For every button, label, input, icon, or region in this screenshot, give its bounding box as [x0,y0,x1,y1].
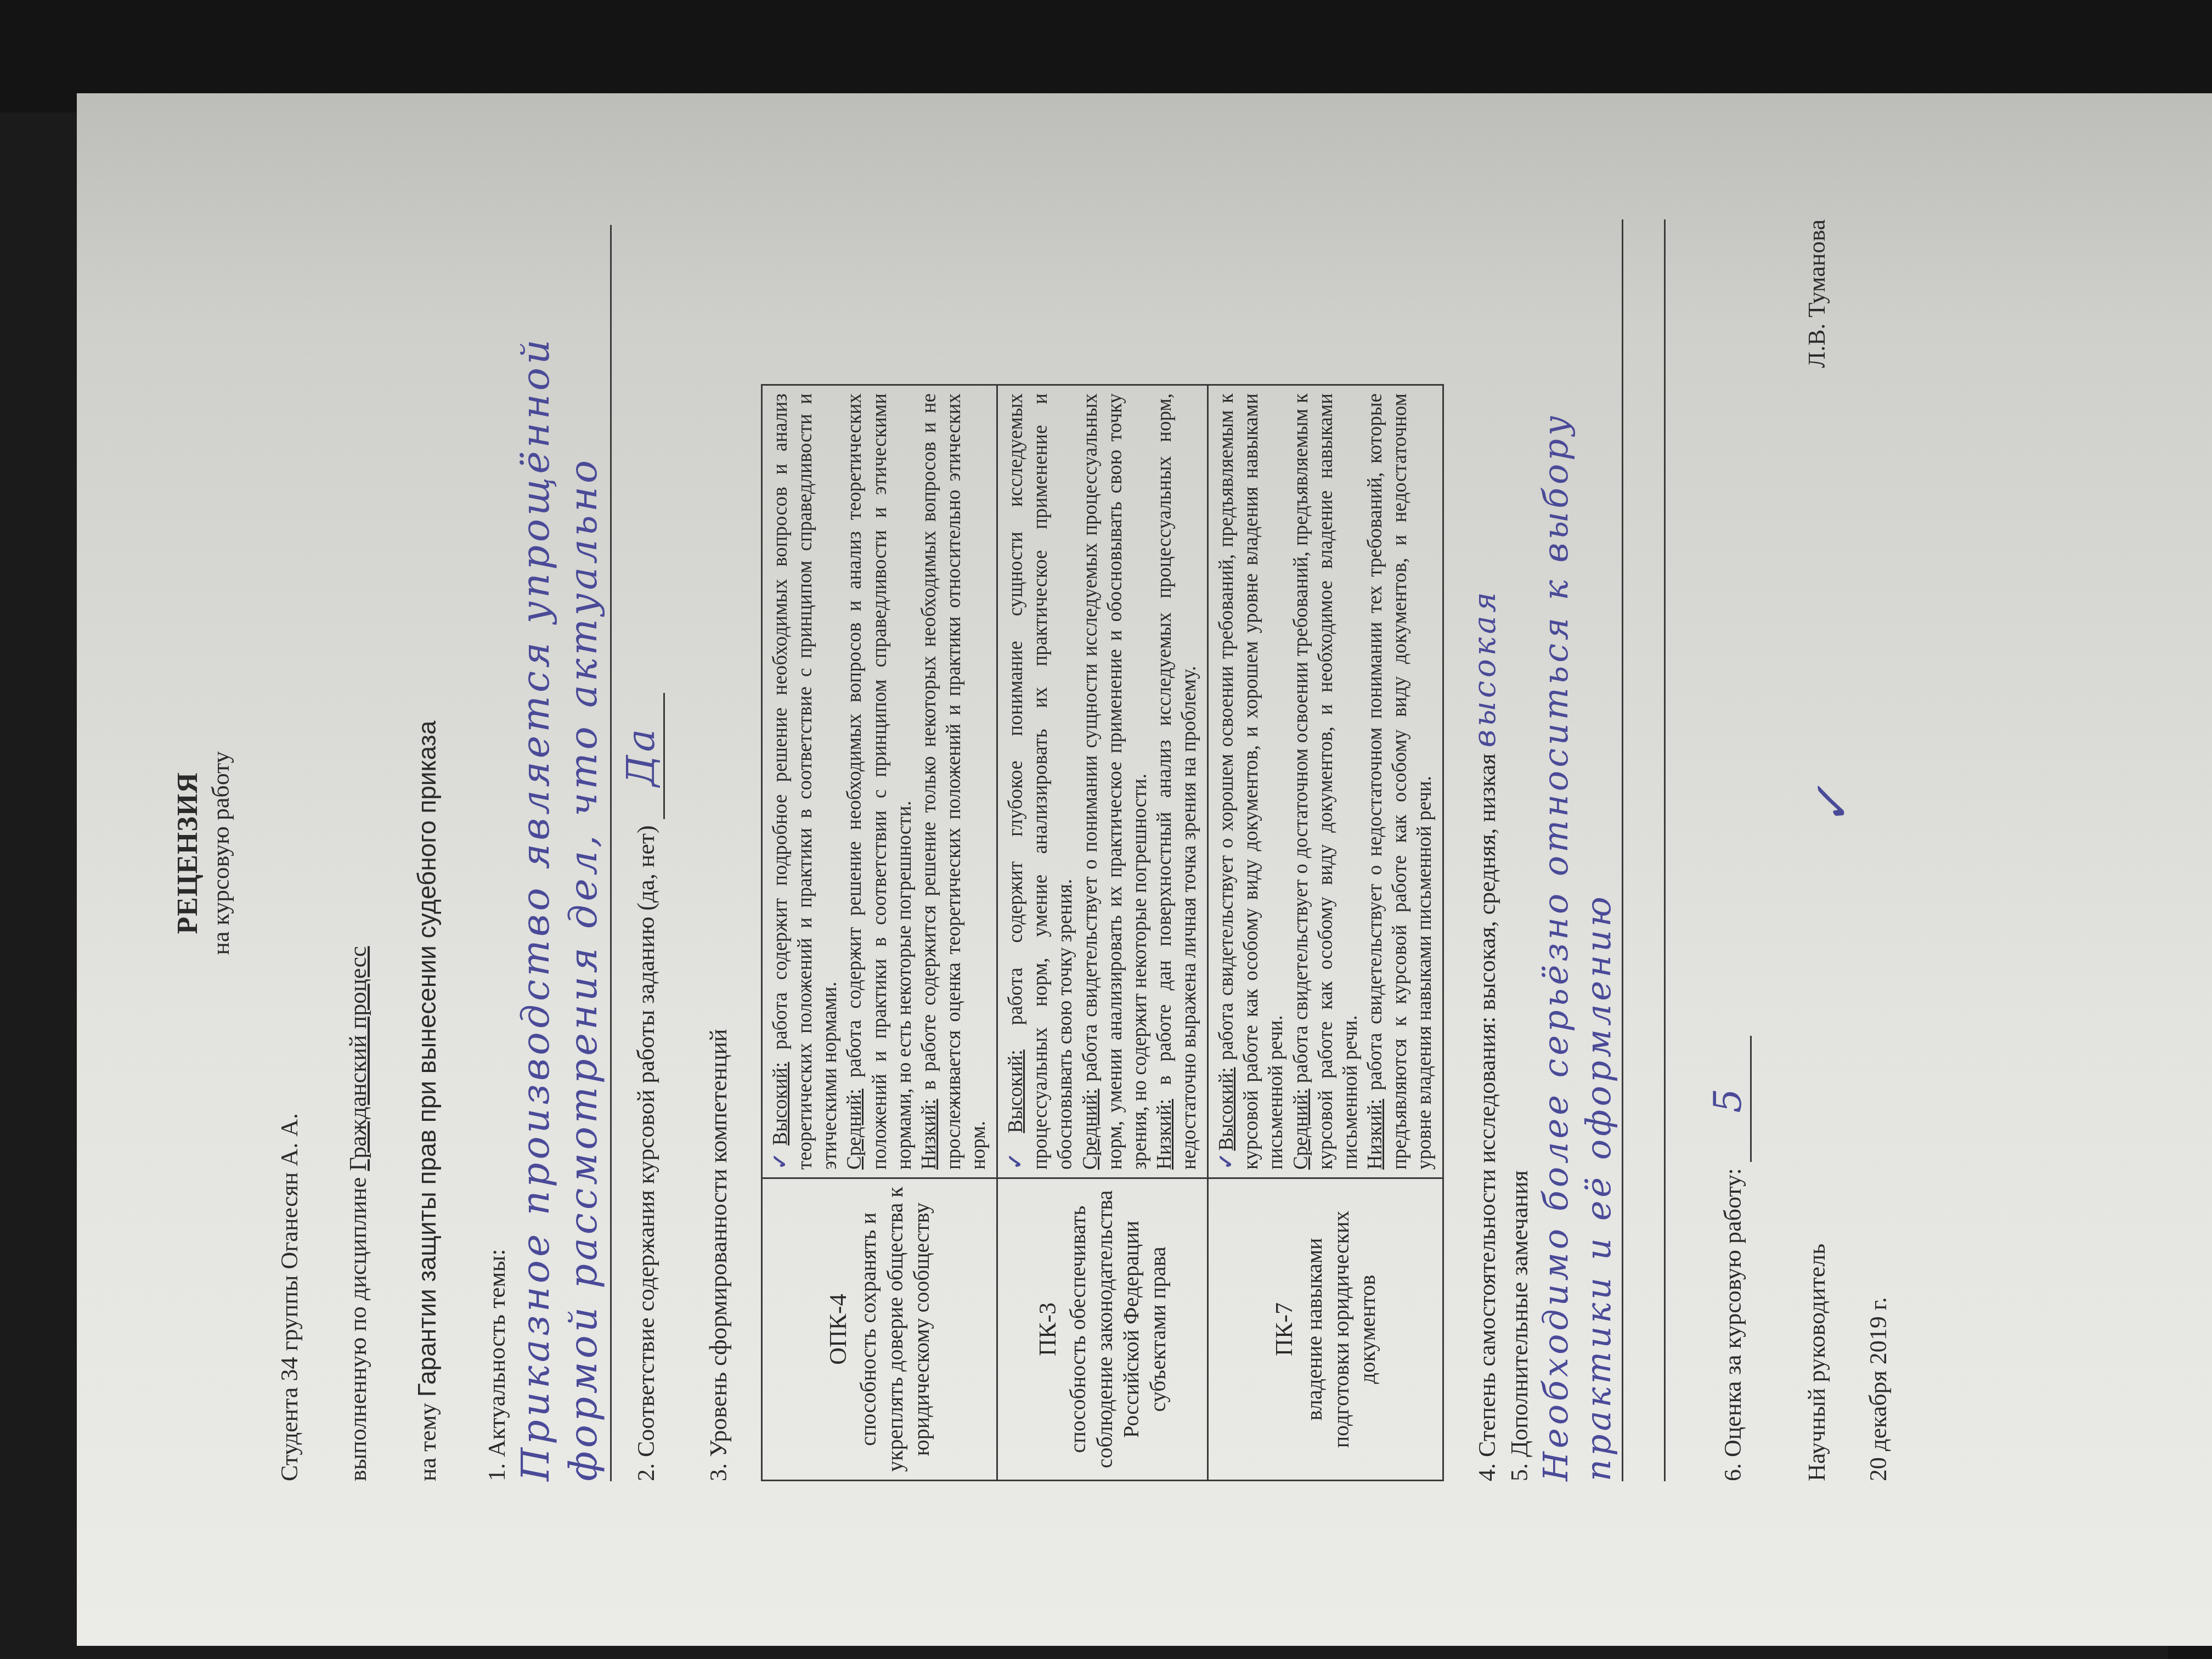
signature-mark: ✓ [1802,785,1864,826]
competency-row: ПК-7владение навыками подготовки юридиче… [1208,385,1443,1481]
competency-code: ПК-3 [1033,1187,1063,1472]
competency-cell: ПК-7владение навыками подготовки юридиче… [1208,1178,1443,1481]
correspondence-label: 2. Соответствие содержания курсовой рабо… [633,825,659,1481]
level-name: Высокий: [1005,1049,1027,1133]
independence-label: 4. Степень самостоятельности исследовани… [1474,754,1500,1481]
checkmark-icon: ✓ [1215,1151,1238,1170]
student-line: Студента 34 группы Оганесян А. А. [274,225,304,1481]
remarks-label: 5. Дополнительные замечания [1506,1170,1533,1481]
remarks-handwritten: Необходимо более серьёзно относиться к в… [1534,219,1623,1481]
level-descriptor: Низкий: в работе дан поверхностный анали… [1152,393,1201,1170]
level-descriptors: ✓Высокий: работа содержит подробное реше… [762,385,997,1178]
grade-label: 6. Оценка за курсовую работу: [1719,1168,1746,1481]
level-descriptor: Средний: работа свидетельствует о достат… [1289,393,1363,1170]
relevance-handwritten: Приказное производство является упрощённ… [512,225,612,1481]
level-name: Средний: [1079,1088,1102,1170]
competency-row: ПК-3способность обеспечивать соблюдение … [997,385,1208,1481]
competency-description: способность обеспечивать соблюдение зако… [1065,1190,1170,1469]
level-text: работа свидетельствует о хорошем освоени… [1215,393,1287,1170]
competency-cell: ПК-3способность обеспечивать соблюдение … [997,1178,1208,1481]
level-text: работа свидетельствует о недостаточном п… [1364,393,1436,1170]
discipline-line: выполненную по дисциплине Гражданский пр… [343,225,373,1481]
level-descriptor: Средний: работа содержит решение необход… [842,393,916,1170]
grade-handwritten: 5 [1705,1036,1752,1163]
checkmark-icon: ✓ [769,1145,792,1170]
level-text: в работе дан поверхностный анализ исслед… [1153,393,1200,1170]
competency-row: ОПК-4способность сохранять и укреплять д… [762,385,997,1481]
competencies-label: 3. Уровень сформированности компетенций [703,225,733,1481]
level-descriptors: ✓Высокий: работа содержит глубокое поним… [997,385,1208,1178]
level-descriptor: Средний: работа свидетельствует о понима… [1078,393,1152,1170]
document-date: 20 декабря 2019 г. [1863,225,1893,1481]
level-name: Средний: [1290,1088,1312,1170]
level-text: работа свидетельствует о понимании сущно… [1079,393,1151,1170]
review-sheet: РЕЦЕНЗИЯ на курсовую работу Студента 34 … [77,93,2212,1646]
theme-prefix: на тему [414,1397,441,1481]
theme-value: Гарантии защиты прав при вынесении судеб… [413,721,441,1397]
discipline-prefix: выполненную по дисциплине [345,1171,371,1481]
level-name: Низкий: [1364,1099,1386,1170]
level-name: Высокий: [1215,1067,1238,1150]
grade-line: 6. Оценка за курсовую работу: 5 [1704,225,1752,1481]
theme-line: на тему Гарантии защиты прав при вынесен… [411,225,443,1481]
discipline-value: Гражданский процесс [345,946,371,1171]
level-descriptor: Низкий: в работе содержится решение толь… [917,393,991,1170]
independence-handwritten: высокая [1467,589,1503,747]
level-descriptor: ✓Высокий: работа содержит подробное реше… [768,393,842,1170]
item-correspondence: 2. Соответствие содержания курсовой рабо… [617,225,665,1481]
competency-code: ПК-7 [1269,1187,1299,1472]
level-name: Средний: [843,1088,866,1170]
competency-description: владение навыками подготовки юридических… [1302,1211,1380,1448]
competency-code: ОПК-4 [823,1187,853,1472]
closing-section: 4. Степень самостоятельности исследовани… [1466,225,1893,1481]
level-name: Низкий: [1153,1099,1176,1170]
supervisor-row: Научный руководитель ✓ Л.В. Туманова [1802,219,1864,1481]
correspondence-handwritten: Да [618,693,665,820]
supervisor-label: Научный руководитель [1802,1244,1864,1481]
item-relevance: 1. Актуальность темы: Приказное производ… [482,225,612,1481]
competencies-table: ОПК-4способность сохранять и укреплять д… [761,384,1444,1481]
level-text: в работе содержится решение только некот… [918,393,990,1170]
supervisor-name: Л.В. Туманова [1802,219,1864,368]
remarks-line: 5. Дополнительные замечания [1504,225,1534,1481]
relevance-label: 1. Актуальность темы: [483,1249,510,1481]
document-title: РЕЦЕНЗИЯ [170,225,206,1481]
level-text: работа содержит решение необходимых вопр… [843,393,915,1170]
independence-line: 4. Степень самостоятельности исследовани… [1466,225,1504,1481]
level-name: Низкий: [918,1099,940,1170]
level-name: Высокий: [769,1062,792,1145]
level-text: работа свидетельствует о достаточном осв… [1290,393,1362,1170]
competency-cell: ОПК-4способность сохранять и укреплять д… [762,1178,997,1481]
competency-description: способность сохранять и укреплять довери… [856,1187,934,1471]
level-descriptors: ✓Высокий: работа свидетельствует о хорош… [1208,385,1443,1178]
remarks-empty-line [1623,219,1666,1481]
level-descriptor: ✓Высокий: работа свидетельствует о хорош… [1214,393,1288,1170]
level-descriptor: Низкий: работа свидетельствует о недоста… [1363,393,1437,1170]
level-text: работа содержит подробное решение необхо… [769,393,841,1170]
level-descriptor: ✓Высокий: работа содержит глубокое поним… [1003,393,1077,1170]
checkmark-icon: ✓ [1005,1133,1027,1170]
document-subtitle: на курсовую работу [206,225,236,1481]
